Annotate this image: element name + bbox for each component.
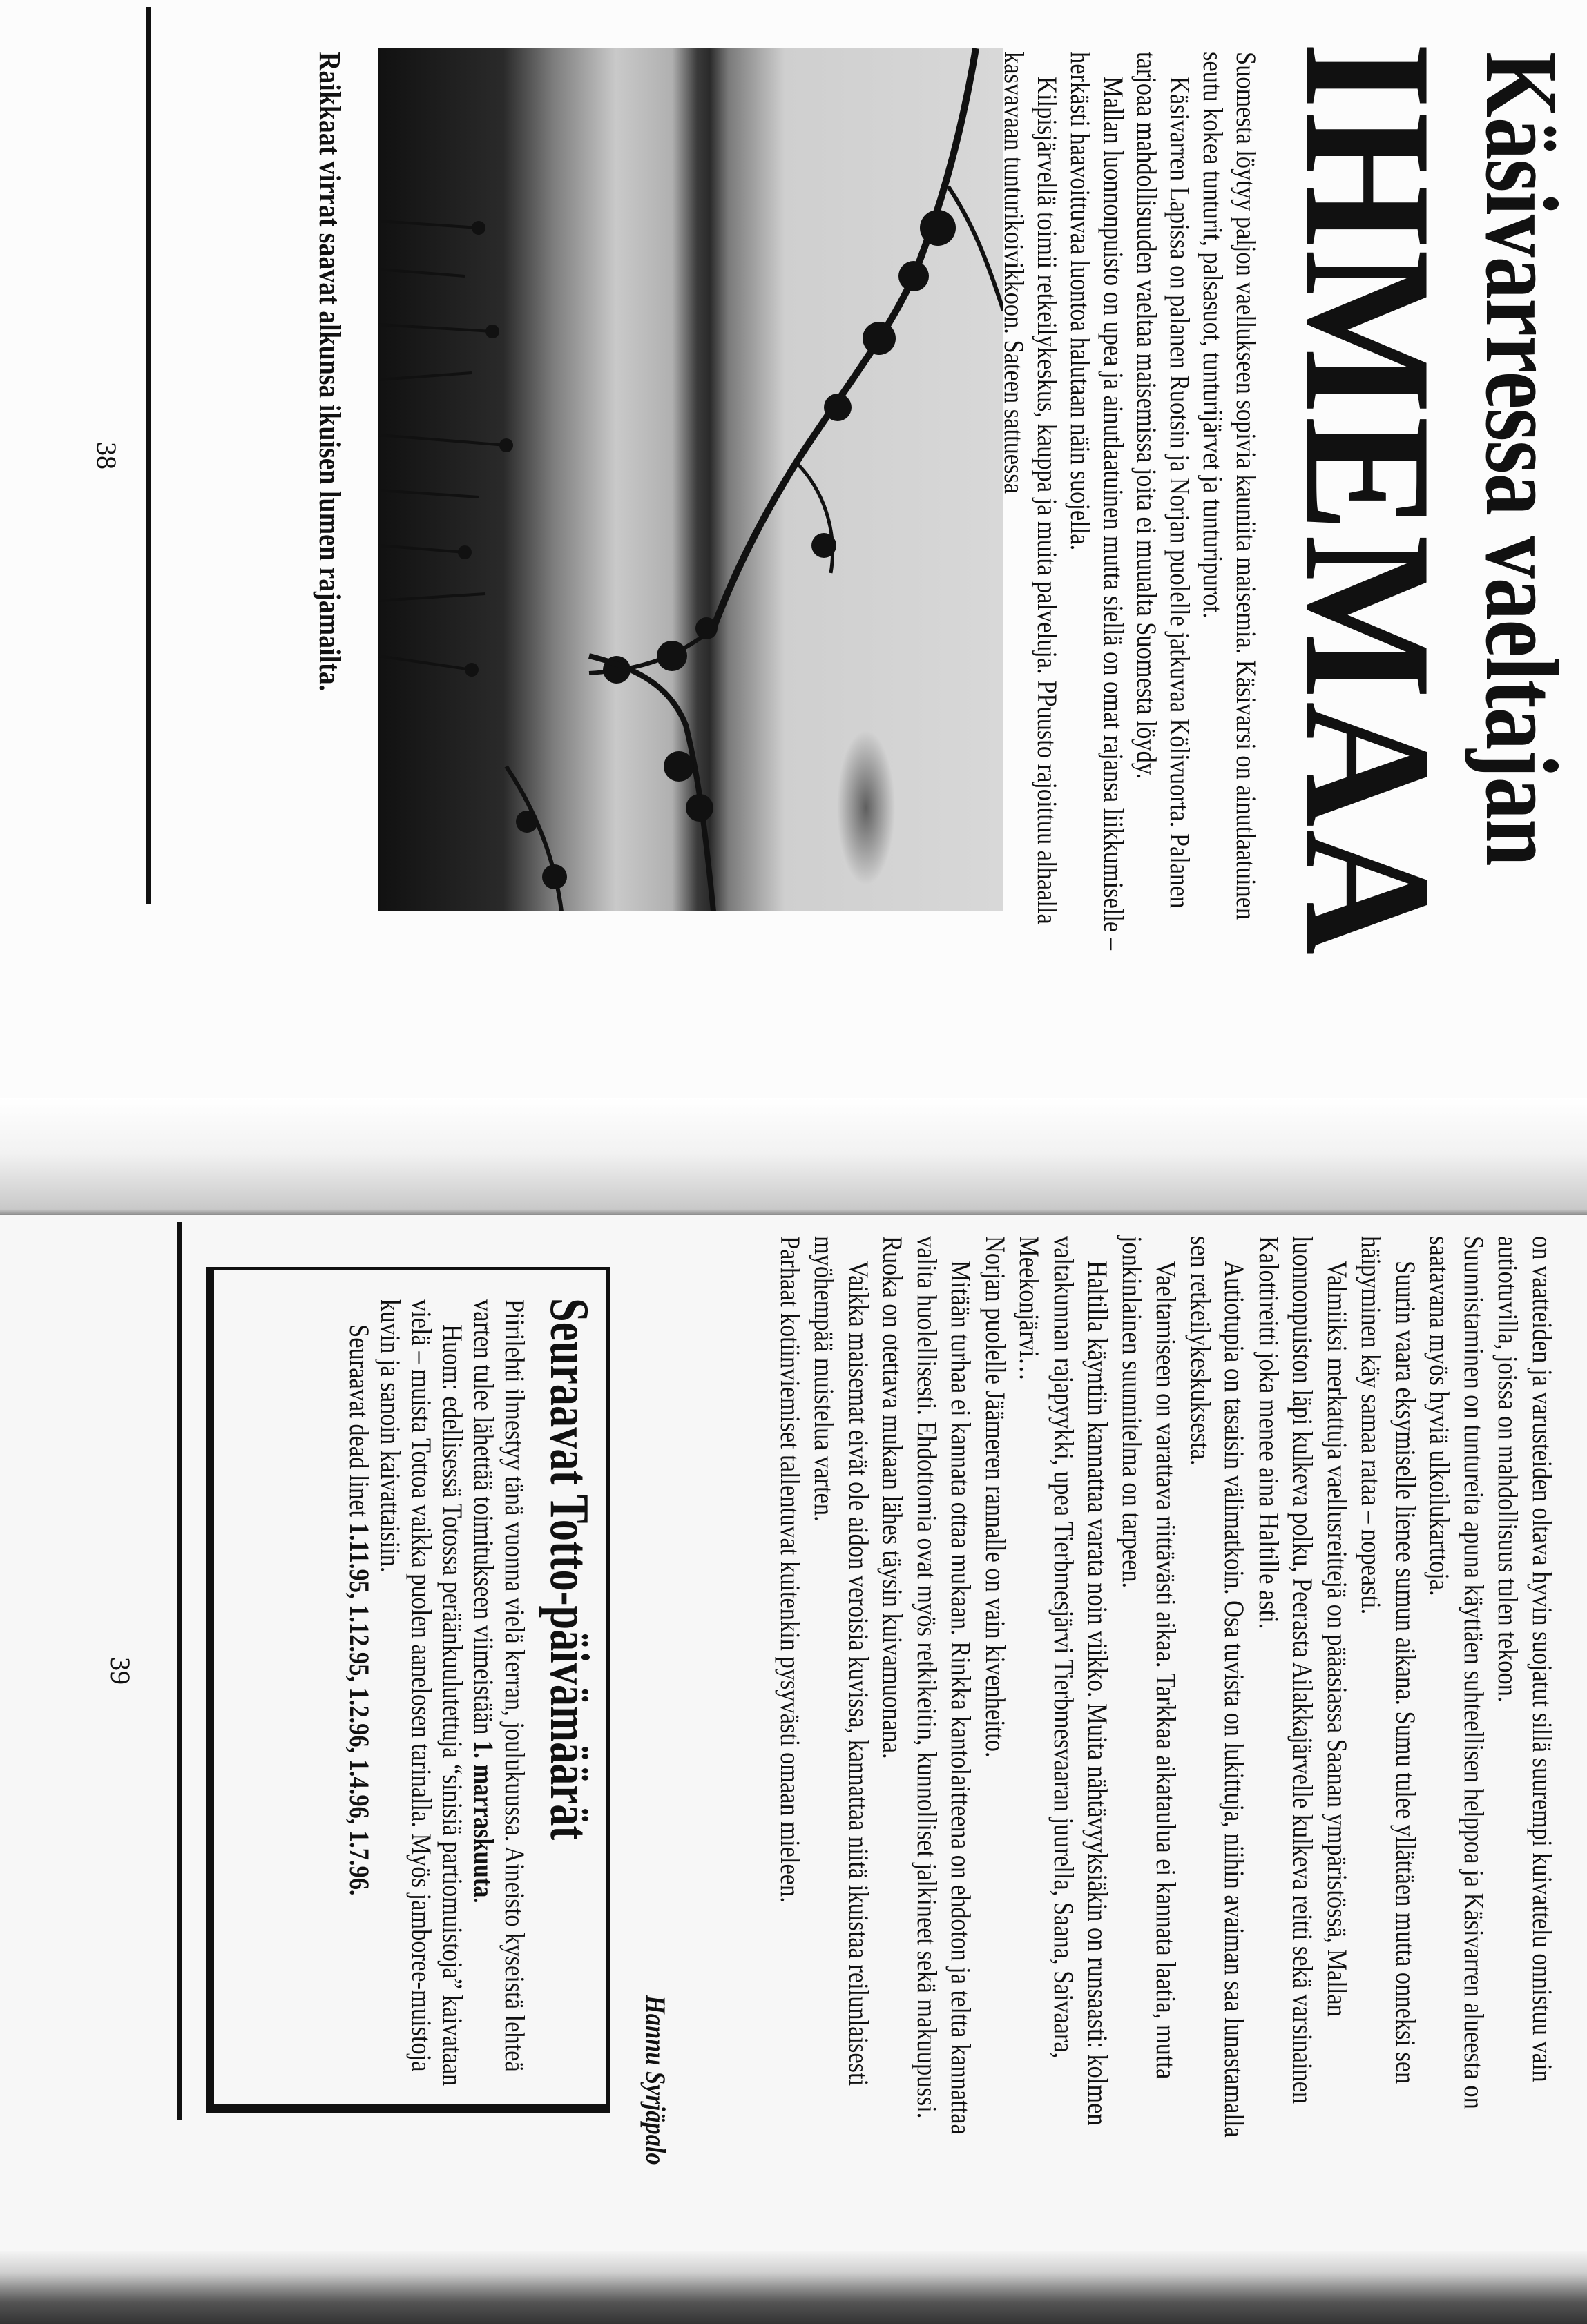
author-byline: Hannu Syrjäpalo [639,1995,672,2165]
lake-photo [378,48,1003,911]
paragraph: Vaikka maisemat eivät ole aidon veroisia… [807,1236,876,2168]
page-38: Käsivarressa vaeltajan IHMEMAA Suomesta … [0,0,1587,1132]
article-body-right: on vaatteiden ja varusteiden oltava hyvi… [773,1236,1560,2168]
footer-rule [177,1222,182,2120]
magazine-spread: Käsivarressa vaeltajan IHMEMAA Suomesta … [0,0,1587,2324]
footer-rule [146,7,151,904]
article-body-left: Suomesta löytyy paljon vaellukseen sopiv… [997,52,1262,956]
notice-text: . [468,1897,499,1904]
notice-body: Piirilehti ilmestyy tänä vuonna vielä ke… [344,1299,530,2095]
paragraph: Autiotupia on tasaisin välimatkoin. Osa … [1184,1236,1252,2168]
notice-paragraph: Piirilehti ilmestyy tänä vuonna vielä ke… [468,1299,530,2095]
photo-caption: Raikkaat virrat saavat alkunsa ikuisen l… [312,52,347,691]
deadline-date: 1. marraskuuta [468,1741,499,1897]
branches-silhouette-icon [378,48,1003,911]
paragraph: Valmiiksi merkattuja vaellusreittejä on … [1252,1236,1355,2168]
paragraph: Parhaat kotiinviemiset tallentuvat kuite… [773,1236,808,2168]
notice-text: Seuraavat dead linet [344,1324,375,1522]
article-title-line1: Käsivarressa vaeltajan [1470,52,1573,866]
notice-title: Seuraavat Totto-päivämäärät [541,1298,597,1840]
paragraph: Suunnistaminen on tuntureita apuna käytt… [1423,1236,1491,2168]
paragraph: Mallan luonnonpuisto on upea ja ainutlaa… [1064,52,1130,956]
page-number: 38 [90,442,123,469]
notice-paragraph: Huom: edellisessä Totossa peräänkuulutet… [375,1299,468,2095]
article-title-line2: IHMEMAA [1276,41,1459,958]
notice-box: Seuraavat Totto-päivämäärät Piirilehti i… [206,1267,610,2113]
paragraph: on vaatteiden ja varusteiden oltava hyvi… [1491,1236,1559,2168]
paragraph: Haltilla käyntiin kannattaa varata noin … [1012,1236,1115,2168]
paragraph: Suurin vaara eksymiselle lienee sumun ai… [1354,1236,1423,2168]
page-number: 39 [104,1657,137,1685]
paragraph: Kilpisjärvellä toimii retkeilykeskus, ka… [997,52,1064,956]
notice-text: Piirilehti ilmestyy tänä vuonna vielä ke… [468,1299,530,2072]
paragraph: Mitään turhaa ei kannata ottaa mukaan. R… [876,1236,979,2168]
paragraph: Suomesta löytyy paljon vaellukseen sopiv… [1196,52,1262,956]
page-39: on vaatteiden ja varusteiden oltava hyvi… [0,1215,1587,2265]
paragraph: Vaeltamiseen on varattava riittävästi ai… [1115,1236,1184,2168]
notice-paragraph: Seuraavat dead linet 1.11.95, 1.12.95, 1… [344,1299,375,2095]
scan-edge-shadow [0,2251,1587,2324]
paragraph: Käsivarren Lapissa on palanen Ruotsin ja… [1130,52,1196,956]
paragraph: Norjan puolelle Jäämeren rannalle on vai… [979,1236,1013,2168]
deadline-dates: 1.11.95, 1.12.95, 1.2.96, 1.4.96, 1.7.96… [344,1523,375,1896]
